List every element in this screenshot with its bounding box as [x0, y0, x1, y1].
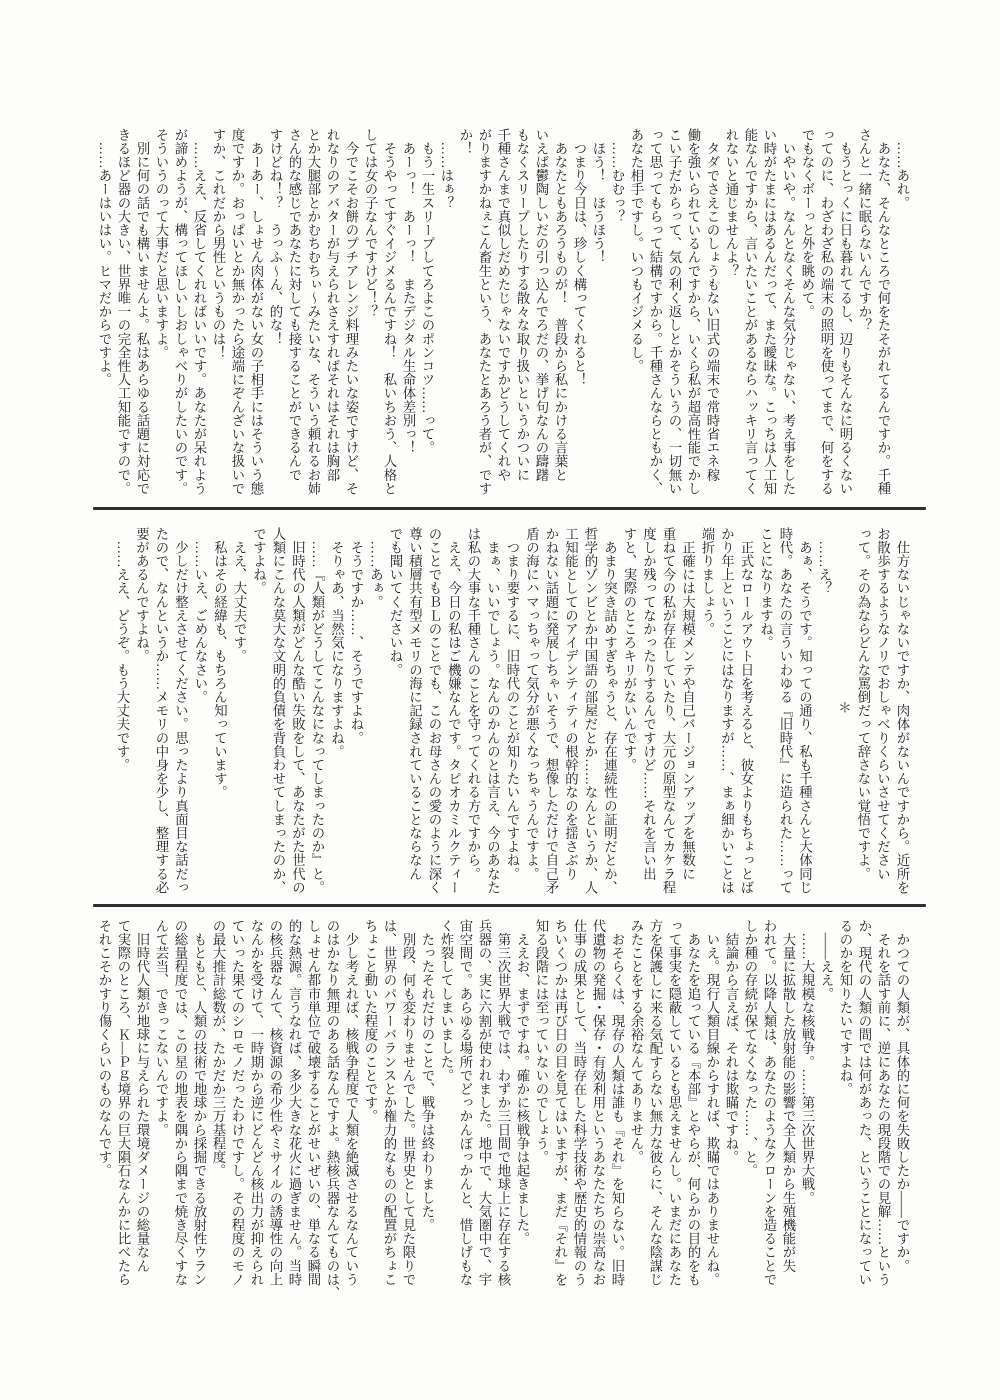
text-line: お散歩するようなノリでおしゃべりくらいさせてください: [873, 527, 893, 889]
text-line: ——ええ。: [817, 919, 836, 1285]
text-line: れないと通じませんよ？: [722, 128, 741, 500]
text-line: あーっ！ あーっ！ またデジタル生命体差別っ！: [399, 128, 418, 500]
text-line: 別段、何も変わりませんでした。世界史として見た限りで: [399, 919, 418, 1285]
text-line: のはかなり無理のある話なんですよ。熱核兵器なんてものは、: [323, 919, 342, 1285]
text-line: そうやってすぐイジメるんですね！ 私いちおう、人格と: [380, 128, 399, 500]
text-line: 時代。あなたの言ういわゆる『旧時代』に造られた……って: [776, 527, 796, 889]
text-line: そういうのって大事だと思いますよ。: [152, 128, 171, 500]
text-line: 工知能としてのアイデンティティの根幹的なのを揺さぶり: [561, 527, 581, 889]
text-line: もう一生スリープしてろよこのポンコツ……って。: [418, 128, 437, 500]
text-line: ……あれ。: [893, 128, 912, 500]
text-section-1: ……あれ。 あなた、そんなところで何をたそがれてるんですか。千種さんと一緒に眠ら…: [95, 128, 912, 500]
text-line: われて。以降人類は、あなたのようなクローンを造ることで: [760, 919, 779, 1285]
text-line: さん的な感じであなたに対しても接することができるんで: [285, 128, 304, 500]
text-line: ちょこと動いた程度のことです。: [361, 919, 380, 1285]
text-line: 大量に拡散した放射能の影響で全人類から生殖機能が失: [779, 919, 798, 1285]
text-line: ちいくつかは再び日の目を見てはいますが、まだ『それ』を: [551, 919, 570, 1285]
section-break-asterisk: ＊: [834, 527, 854, 889]
text-line: 今でこそお餅のプチアレンジ料理みたいな姿ですけど、そ: [342, 128, 361, 500]
text-line: みたことをする余裕なんてありません。: [627, 919, 646, 1285]
text-line: いえ。現行人類目線からすれば、欺瞞ではありませんね。: [703, 919, 722, 1285]
text-line: 兵器の、実に六割が使われました。地中で、大気圏中で、宇: [475, 919, 494, 1285]
text-line: 仕方ないじゃないですか、肉体がないんですから。近所を: [893, 527, 913, 889]
text-line: が諦めようが、構ってほしいしおしゃべりがしたいのです。: [171, 128, 190, 500]
text-line: ……『人類がどうしてこんなになってしまったのか』と。: [308, 527, 328, 889]
text-line: ……はぁ？: [437, 128, 456, 500]
text-line: すと、実際のところキリがないんです。: [620, 527, 640, 889]
text-line: 正式なロールアウト日を考えると、彼女よりもちょっとば: [737, 527, 757, 889]
text-line: ていった果てのシロモノだったわけですし。その程度のモノ: [228, 919, 247, 1285]
text-line: 別に何の話でも構いませんよ。私はあらゆる話題に対応で: [133, 128, 152, 500]
text-line: すけどね！？ うっふ～ん、的な！: [266, 128, 285, 500]
text-line: るのかを知りたいですよね。: [836, 919, 855, 1285]
text-line: 能なんですから、言いたいことがあるならハッキリ言ってく: [741, 128, 760, 500]
text-line: つまり今日は、珍しく構ってくれると！: [570, 128, 589, 500]
text-line: あぁ、そうです。知っての通り、私も千種さんと大体同じ: [795, 527, 815, 889]
text-line: ……ええ、反省してくれればいいです。あなたが呆れよう: [190, 128, 209, 500]
text-line: ……え？: [815, 527, 835, 889]
text-line: んて芸当、できっこないんですよ。: [152, 919, 171, 1285]
text-line: あまり突き詰めすぎちゃうと、存在連続性の証明だとか、: [600, 527, 620, 889]
text-line: いやいや。なんとなくそんな気分じゃない、考え事をした: [779, 128, 798, 500]
text-line: 私はその経緯も、もちろん知っています。: [210, 527, 230, 889]
text-line: さんと一緒に眠らないんですか？: [855, 128, 874, 500]
text-line: 重ねて今の私が存在していたり、大元の原型なんてカケラ程: [659, 527, 679, 889]
text-line: 要があるんですよね。: [132, 527, 152, 889]
text-line: まぁ、いいでしょう。なんのかんのとは言え、今のあなた: [483, 527, 503, 889]
text-line: 宙空間で。あらゆる場所でどっかんぼっかんと、惜しげもな: [456, 919, 475, 1285]
text-line: ……あぁ。: [366, 527, 386, 889]
text-section-2: 仕方ないじゃないですか、肉体がないんですから。近所をお散歩するようなノリでおしゃ…: [113, 527, 913, 889]
text-line: ……ええ、どうぞ。もう大丈夫です。: [113, 527, 133, 889]
text-line: 哲学的ゾンビとか中国語の部屋だとか……なんというか、人: [581, 527, 601, 889]
text-line: の最大推計総数が、たかだか三万基程度。: [209, 919, 228, 1285]
text-line: かり年上ということにはなりますが……、まぁ細かいことは: [717, 527, 737, 889]
text-line: かねない話題に発展しちゃいそうで、想像しただけで自己矛: [542, 527, 562, 889]
text-line: ……あーはいはい。ヒマだからですよ。: [95, 128, 114, 500]
text-line: 第三次世界大戦では、わずか三日間で地球上に存在する核: [494, 919, 513, 1285]
text-line: い時がたまにはあるんだって、また曖昧な。こっちは人工知: [760, 128, 779, 500]
text-line: 盾の海にハマっちゃって気分が悪くなっちゃうんですよ。: [522, 527, 542, 889]
text-line: でもなくボーっと外を眺めて。: [798, 128, 817, 500]
text-line: それこそかすり傷くらいのものなんです。: [95, 919, 114, 1285]
text-line: しょせん都市単位で破壊することがせいぜいの、単なる瞬間: [304, 919, 323, 1285]
text-line: は、世界のパワーバランスとか権力的なものの配置がちょこ: [380, 919, 399, 1285]
text-line: とか大腿部とかむちむちぃ～みたいな、そういう頼れるお姉: [304, 128, 323, 500]
text-line: ええ、大丈夫です。: [230, 527, 250, 889]
text-line: 結論から言えば、それは欺瞞ですね。: [722, 919, 741, 1285]
text-line: か！: [456, 128, 475, 500]
text-line: ほう！ ほうほう！: [589, 128, 608, 500]
text-line: もなくスリープしたりする散々な取り扱いというかついに: [513, 128, 532, 500]
text-line: 度しか残ってなかったりするんですけど……それを言い出: [639, 527, 659, 889]
text-line: おそらくは、現存の人類は誰も『それ』を知らない。旧時: [608, 919, 627, 1285]
text-line: ……むむっ？: [608, 128, 627, 500]
text-line: 人類にこんな莫大な文明的負債を背負わせてしまったのか、: [269, 527, 289, 889]
text-line: は私の大事な千種さんのことを守ってくれる方ですから。: [464, 527, 484, 889]
text-line: そりゃあ、当然気になりますよね。: [327, 527, 347, 889]
text-line: なんかを受けて、一時期から逆にどんどん核出力が抑えられ: [247, 919, 266, 1285]
text-line: こい子だからって、気の利く返しとかそういうの、一切無い: [665, 128, 684, 500]
text-line: のことでもＢＬのことでも、このお母さんの愛のように深く: [425, 527, 445, 889]
text-line: って思ってもらって結構ですから。千種さんならともかく、: [646, 128, 665, 500]
text-line: しか種の存続が保てなくなった……、と。: [741, 919, 760, 1285]
text-line: あーあー、しょせん肉体がない女の子相手にはそういう態: [247, 128, 266, 500]
text-line: ってのに、わざわざ私の端末の照明を使ってまで、何をする: [817, 128, 836, 500]
text-line: ……いえ、ごめんなさい。: [191, 527, 211, 889]
text-line: の核兵器なんて、核資源の希少性やミサイルの誘導性の向上: [266, 919, 285, 1285]
text-line: もともと、人類の技術で地球から採掘できる放射性ウラン: [190, 919, 209, 1285]
text-line: あなた、そんなところで何をたそがれてるんですか。千種: [874, 128, 893, 500]
text-line: 千種さんまで真似しだめたじゃないですかどうしてくれや: [494, 128, 513, 500]
text-line: タダでさえこのしょうもない旧式の端末で常時省エネ稼: [703, 128, 722, 500]
text-line: 尊い積層共有型メモリの海に記録されていることならなん: [405, 527, 425, 889]
text-line: 少し考えれば、核戦争程度で人類を絶滅させるなんていう: [342, 919, 361, 1285]
text-line: 代遺物の発掘・保存・有効利用というあなたたちの崇高なお: [589, 919, 608, 1285]
text-line: の総量程度では、この星の地表を隅から隅まで焼き尽くすな: [171, 919, 190, 1285]
text-section-3: かつての人類が、具体的に何を失敗したか——ですか。 それを話す前に、逆にあなたの…: [95, 919, 912, 1285]
text-line: ……大規模な核戦争。……第三次世界大戦。: [798, 919, 817, 1285]
text-line: って。その為ならどんな罵倒だって辞さない覚悟ですよ。: [854, 527, 874, 889]
text-line: 方を保護しに来る気配すらない無力な彼らに、そんな陰謀じ: [646, 919, 665, 1285]
text-line: ですよね。: [249, 527, 269, 889]
text-line: ええお、まずですね。確かに核戦争は起きました。: [513, 919, 532, 1285]
text-line: 的な熱源。言うなれば、多少大きな花火に過ぎません。当時: [285, 919, 304, 1285]
text-line: 旧時代の人類がどんな酷い失敗をして、あなたがた世代の: [288, 527, 308, 889]
text-line: しては女の子なんですけど！？: [361, 128, 380, 500]
section-divider-rule-2: [93, 904, 926, 907]
text-line: れなりのアバターが与えられさえすればそれはそれは胸部: [323, 128, 342, 500]
text-line: 少しだけ整えさせてください。思ったより真面目な話だっ: [171, 527, 191, 889]
text-line: 旧時代人類が地球に与えられた環境ダメージの総量なん: [133, 919, 152, 1285]
text-line: いえば鬱陶しいだの引っ込んでろだの、挙げ句なんの躊躇: [532, 128, 551, 500]
section-divider-rule-1: [93, 507, 926, 510]
text-line: すか、これだから男性というものは！: [209, 128, 228, 500]
text-line: かつての人類が、具体的に何を失敗したか——ですか。: [893, 919, 912, 1285]
text-line: 仕事の成果として、当時存在した科学技術や歴史的情報のう: [570, 919, 589, 1285]
text-line: く炸裂してしまいました。: [437, 919, 456, 1285]
text-line: でも聞いてくださいね。: [386, 527, 406, 889]
text-line: 正確には大規模メンテや自己バージョンアップを無数に: [678, 527, 698, 889]
text-line: て実際のところ、Ｋ—Ｐｇ境界の巨大隕石なんかに比べたら: [114, 919, 133, 1285]
text-line: あなたともあろうものが！ 普段から私にかける言葉と: [551, 128, 570, 500]
text-line: 端折りましょう。: [698, 527, 718, 889]
text-line: 度ですか。おっぱいとか無かったら途端にぞんざいな扱いで: [228, 128, 247, 500]
text-line: そうですか……、そうですよね。: [347, 527, 367, 889]
text-line: あなたを追っている『本部』とやらが、何らかの目的をも: [684, 919, 703, 1285]
text-line: つまり要するに、旧時代のことが知りたいんですよね。: [503, 527, 523, 889]
text-line: たので、なんというか……メモリの中身を少し、整理する必: [152, 527, 172, 889]
text-line: あなた相手ですし。いつもイジメるし。: [627, 128, 646, 500]
text-line: がりますかねぇこん畜生という、あなたとあろう者が、です: [475, 128, 494, 500]
text-line: もうとっくに日も暮れてるし、辺りもそんなに明るくない: [836, 128, 855, 500]
text-line: ことになりますね。: [756, 527, 776, 889]
text-line: ええ、今日の私はご機嫌なんです。タピオカミルクティー: [444, 527, 464, 889]
scanned-novel-page: ……あれ。 あなた、そんなところで何をたそがれてるんですか。千種さんと一緒に眠ら…: [0, 0, 1000, 1399]
text-line: 働を強いられているんですから、いくら私が超高性能でかし: [684, 128, 703, 500]
text-line: 知る段階には至っていないのでしょう。: [532, 919, 551, 1285]
text-line: たったそれだけのことで、戦争は終わりました。: [418, 919, 437, 1285]
text-line: って事実を隠蔽しているとも思えませんし。いまだにあなた: [665, 919, 684, 1285]
text-line: きるほど器の大きい、世界唯一の完全性人工知能ですので。: [114, 128, 133, 500]
text-line: それを話す前に、逆にあなたの現段階での見解……という: [874, 919, 893, 1285]
text-line: か、現代の人類の間では何があった、ということになってい: [855, 919, 874, 1285]
